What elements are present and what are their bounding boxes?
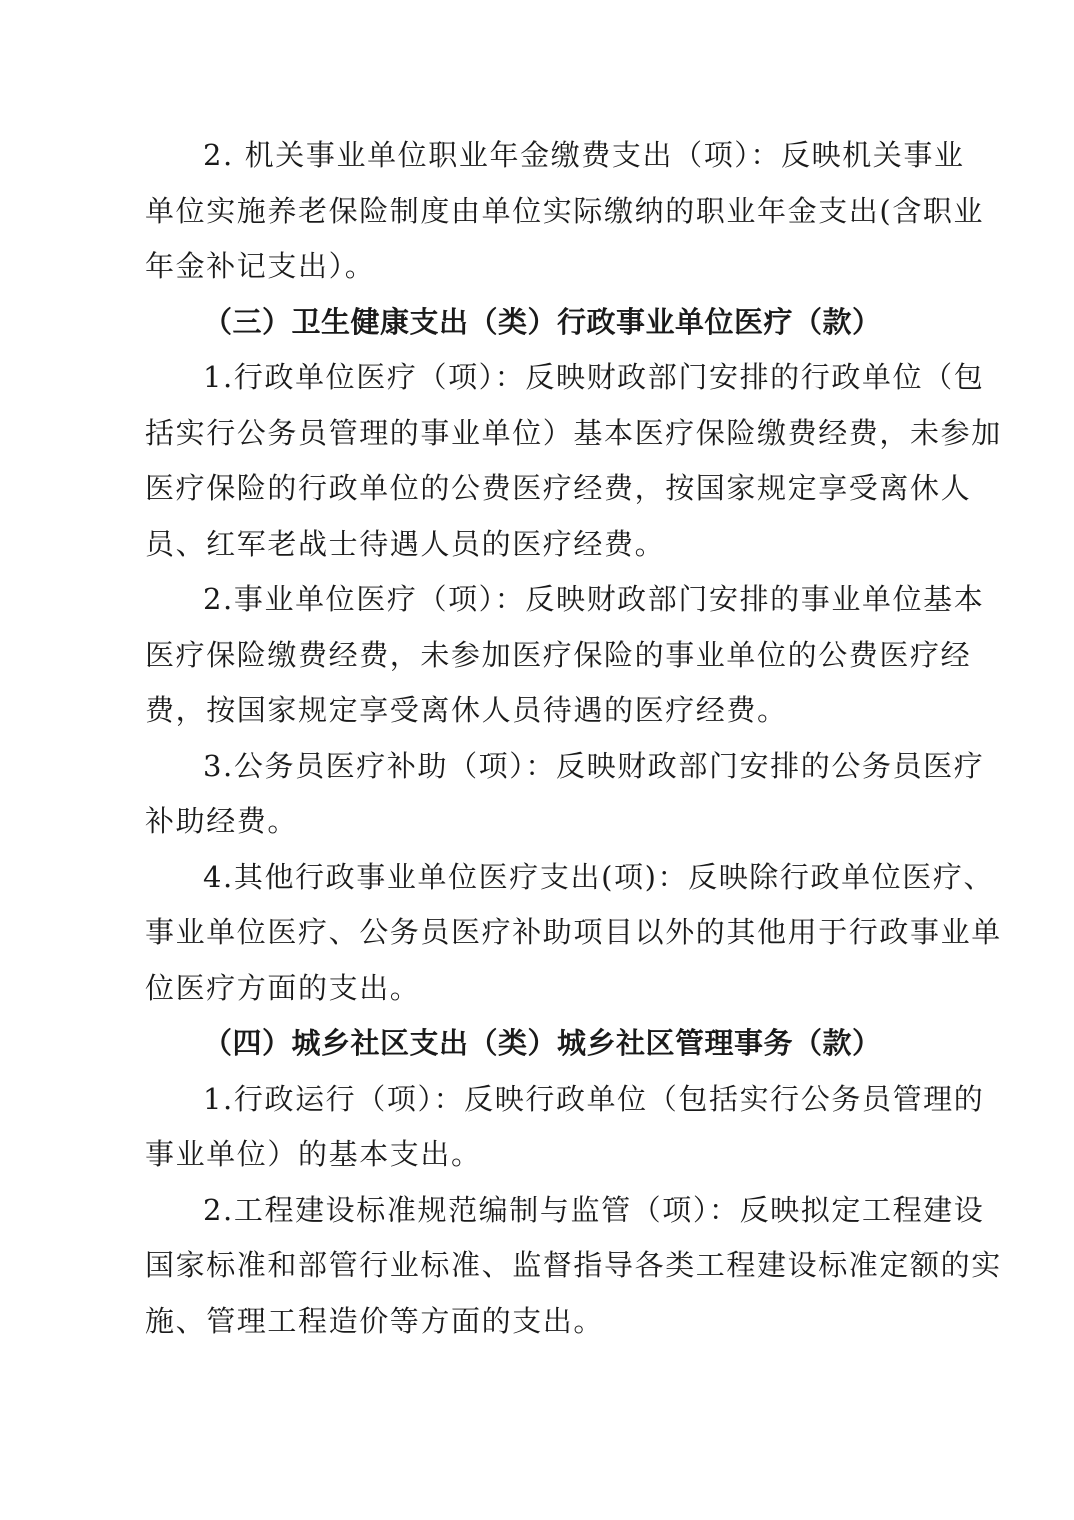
- text-line: 事业单位医疗、公务员医疗补助项目以外的其他用于行政事业单: [145, 905, 940, 961]
- text-line: 员、红军老战士待遇人员的医疗经费。: [145, 517, 940, 573]
- text-line: 年金补记支出）。: [145, 239, 940, 295]
- paragraph-pension-annuity: 2. 机关事业单位职业年金缴费支出（项）：反映机关事业 单位实施养老保险制度由单…: [145, 128, 940, 295]
- section-heading-health: （三）卫生健康支出（类）行政事业单位医疗（款）: [145, 295, 940, 351]
- text-line: 1.行政运行（项）：反映行政单位（包括实行公务员管理的: [145, 1072, 940, 1128]
- text-line: 单位实施养老保险制度由单位实际缴纳的职业年金支出(含职业: [145, 184, 940, 240]
- text-line: 括实行公务员管理的事业单位）基本医疗保险缴费经费，未参加: [145, 406, 940, 462]
- text-line: 费，按国家规定享受离休人员待遇的医疗经费。: [145, 683, 940, 739]
- paragraph-civil-servant-medical-subsidy: 3.公务员医疗补助（项）：反映财政部门安排的公务员医疗 补助经费。: [145, 739, 940, 850]
- text-line: 国家标准和部管行业标准、监督指导各类工程建设标准定额的实: [145, 1238, 940, 1294]
- section-heading-urban-rural: （四）城乡社区支出（类）城乡社区管理事务（款）: [145, 1016, 940, 1072]
- text-line: 2.事业单位医疗（项）：反映财政部门安排的事业单位基本: [145, 572, 940, 628]
- text-line: 施、管理工程造价等方面的支出。: [145, 1294, 940, 1350]
- paragraph-other-medical: 4.其他行政事业单位医疗支出(项)：反映除行政单位医疗、 事业单位医疗、公务员医…: [145, 850, 940, 1017]
- text-line: 3.公务员医疗补助（项）：反映财政部门安排的公务员医疗: [145, 739, 940, 795]
- document-page: 2. 机关事业单位职业年金缴费支出（项）：反映机关事业 单位实施养老保险制度由单…: [145, 128, 940, 1349]
- text-line: 4.其他行政事业单位医疗支出(项)：反映除行政单位医疗、: [145, 850, 940, 906]
- text-line: 补助经费。: [145, 794, 940, 850]
- text-line: 1.行政单位医疗（项）：反映财政部门安排的行政单位（包: [145, 350, 940, 406]
- text-line: 2. 机关事业单位职业年金缴费支出（项）：反映机关事业: [145, 128, 940, 184]
- text-line: 位医疗方面的支出。: [145, 961, 940, 1017]
- paragraph-admin-medical: 1.行政单位医疗（项）：反映财政部门安排的行政单位（包 括实行公务员管理的事业单…: [145, 350, 940, 572]
- paragraph-admin-operation: 1.行政运行（项）：反映行政单位（包括实行公务员管理的 事业单位）的基本支出。: [145, 1072, 940, 1183]
- paragraph-institution-medical: 2.事业单位医疗（项）：反映财政部门安排的事业单位基本 医疗保险缴费经费，未参加…: [145, 572, 940, 739]
- paragraph-engineering-standards: 2.工程建设标准规范编制与监管（项）：反映拟定工程建设 国家标准和部管行业标准、…: [145, 1183, 940, 1350]
- text-line: 医疗保险缴费经费，未参加医疗保险的事业单位的公费医疗经: [145, 628, 940, 684]
- text-line: 事业单位）的基本支出。: [145, 1127, 940, 1183]
- text-line: 2.工程建设标准规范编制与监管（项）：反映拟定工程建设: [145, 1183, 940, 1239]
- text-line: 医疗保险的行政单位的公费医疗经费，按国家规定享受离休人: [145, 461, 940, 517]
